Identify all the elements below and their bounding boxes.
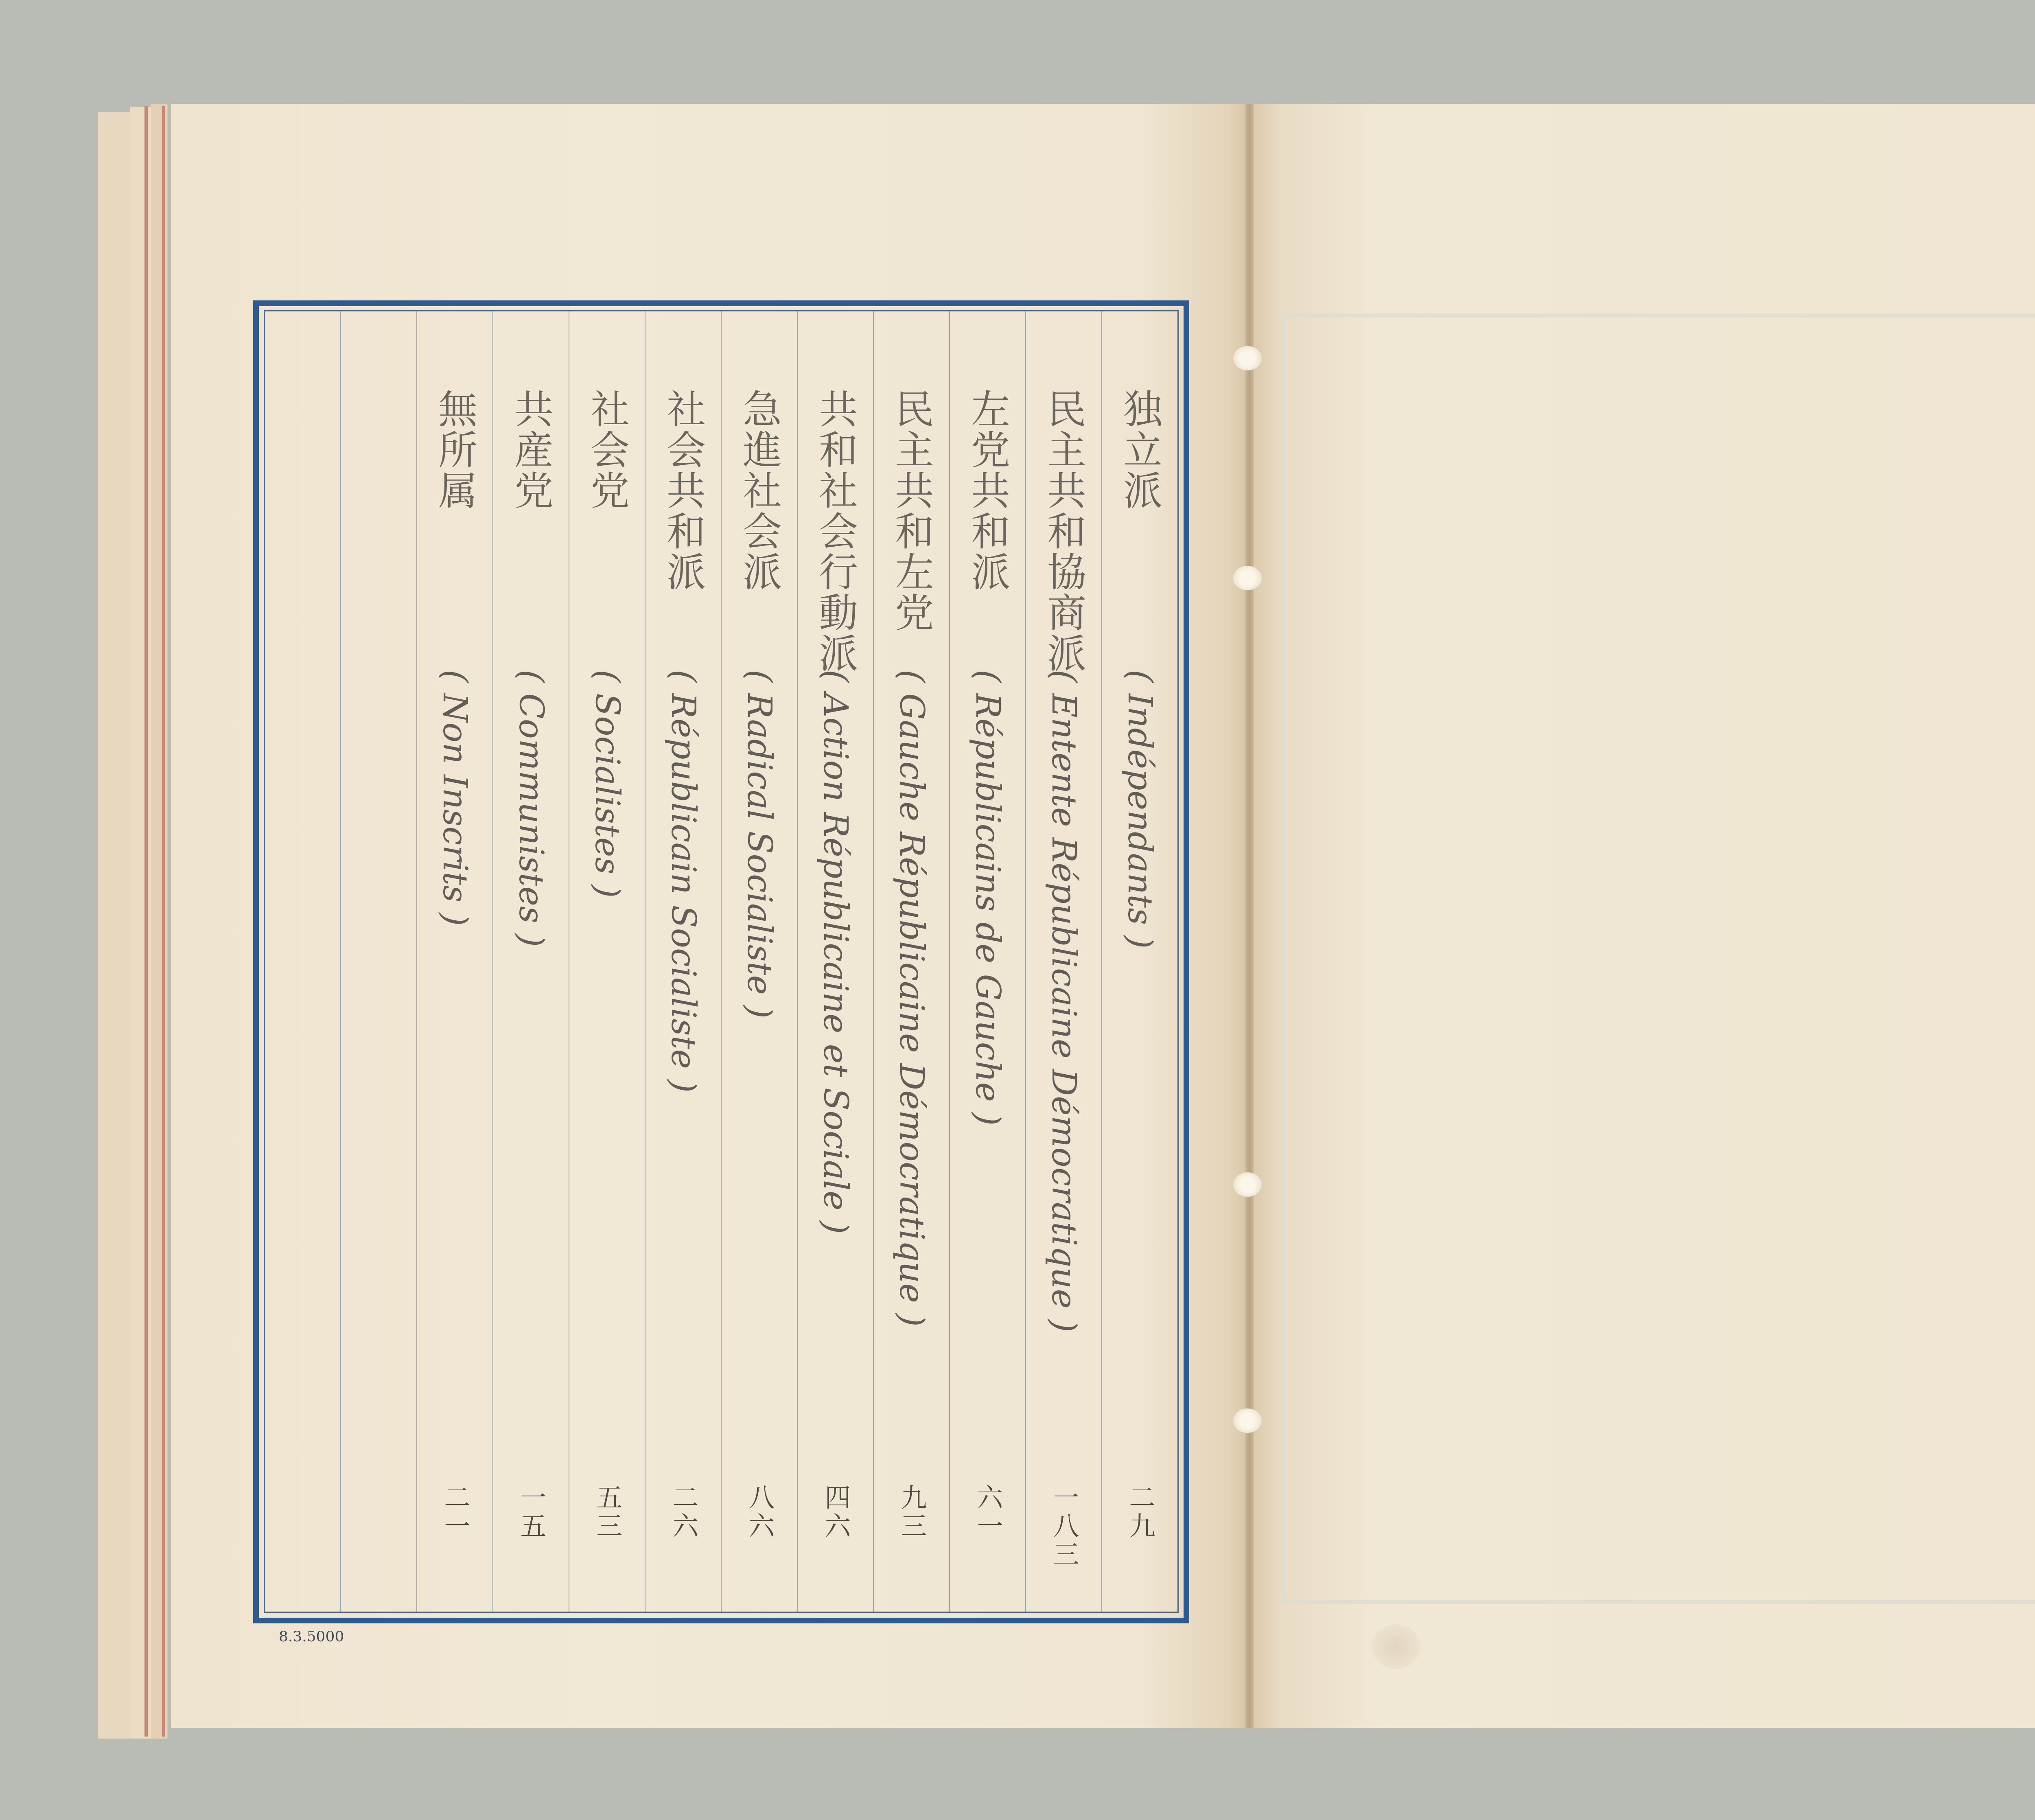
party-name-jp: 共和社会行動派	[816, 389, 855, 674]
bleed-through-frame	[1282, 313, 2035, 1604]
red-edge-stripe	[162, 106, 165, 1737]
paper-stain	[1372, 1624, 1420, 1669]
party-name-jp: 急進社会派	[740, 389, 779, 592]
seat-count: 二一	[436, 1484, 474, 1541]
table-column-empty	[265, 311, 340, 1612]
party-name-fr: ( Indépendants )	[1120, 670, 1159, 948]
party-name-fr: ( Action Républicaine et Sociale )	[816, 670, 855, 1234]
seat-count: 四六	[817, 1484, 854, 1541]
binding-hole	[1233, 1172, 1262, 1197]
party-name-fr: ( Entente Républicaine Démocratique )	[1044, 670, 1083, 1332]
party-name-jp: 民主共和左党	[892, 389, 931, 633]
party-name-fr: ( Non Inscrits )	[435, 670, 474, 926]
table-column: 独立派 ( Indépendants ) 二九	[1101, 311, 1177, 1612]
seat-count: 二六	[665, 1484, 702, 1541]
binding-hole	[1233, 346, 1262, 370]
seat-count: 九三	[893, 1484, 930, 1541]
party-name-jp: 独立派	[1120, 389, 1160, 511]
table-column: 民主共和左党 ( Gauche Républicaine Démocratiqu…	[873, 311, 949, 1612]
party-name-jp: 左党共和派	[968, 389, 1007, 592]
print-code: 8.3.5000	[279, 1628, 344, 1645]
seat-count: 六一	[969, 1484, 1007, 1541]
table-column: 民主共和協商派 ( Entente Républicaine Démocrati…	[1025, 311, 1101, 1612]
party-seat-table: 独立派 ( Indépendants ) 二九 民主共和協商派 ( Entent…	[264, 310, 1179, 1613]
party-name-jp: 無所属	[435, 389, 475, 511]
table-column: 無所属 ( Non Inscrits ) 二一	[416, 311, 492, 1612]
table-column: 共和社会行動派 ( Action Républicaine et Sociale…	[797, 311, 873, 1612]
table-column: 共産党 ( Communistes ) 一五	[492, 311, 569, 1612]
table-column: 左党共和派 ( Républicains de Gauche ) 六一	[949, 311, 1025, 1612]
table-column: 社会党 ( Socialistes ) 五三	[569, 311, 645, 1612]
table-column-empty	[340, 311, 416, 1612]
binding-hole	[1233, 566, 1262, 590]
binding-hole	[1233, 1408, 1262, 1433]
seat-count: 二九	[1121, 1484, 1159, 1541]
party-name-fr: ( Gauche Républicaine Démocratique )	[892, 670, 931, 1327]
seat-count: 一五	[512, 1484, 550, 1541]
party-name-fr: ( Républicain Socialiste )	[664, 670, 702, 1093]
open-book: 独立派 ( Indépendants ) 二九 民主共和協商派 ( Entent…	[0, 0, 2035, 1820]
party-name-jp: 民主共和協商派	[1044, 389, 1083, 674]
party-name-jp: 共産党	[512, 389, 551, 511]
party-name-fr: ( Socialistes )	[588, 670, 626, 898]
party-name-fr: ( Républicains de Gauche )	[968, 670, 1007, 1126]
red-edge-stripe	[144, 106, 148, 1737]
party-name-jp: 社会党	[588, 389, 627, 511]
party-name-fr: ( Communistes )	[512, 670, 550, 947]
seat-count: 八六	[741, 1484, 778, 1541]
seat-count: 五三	[589, 1484, 626, 1541]
table-column: 社会共和派 ( Républicain Socialiste ) 二六	[645, 311, 721, 1612]
left-page-edge	[98, 112, 135, 1739]
table-column: 急進社会派 ( Radical Socialiste ) 八六	[721, 311, 797, 1612]
party-name-jp: 社会共和派	[664, 389, 703, 592]
party-name-fr: ( Radical Socialiste )	[740, 670, 779, 1018]
seat-count: 一八三	[1045, 1484, 1083, 1569]
